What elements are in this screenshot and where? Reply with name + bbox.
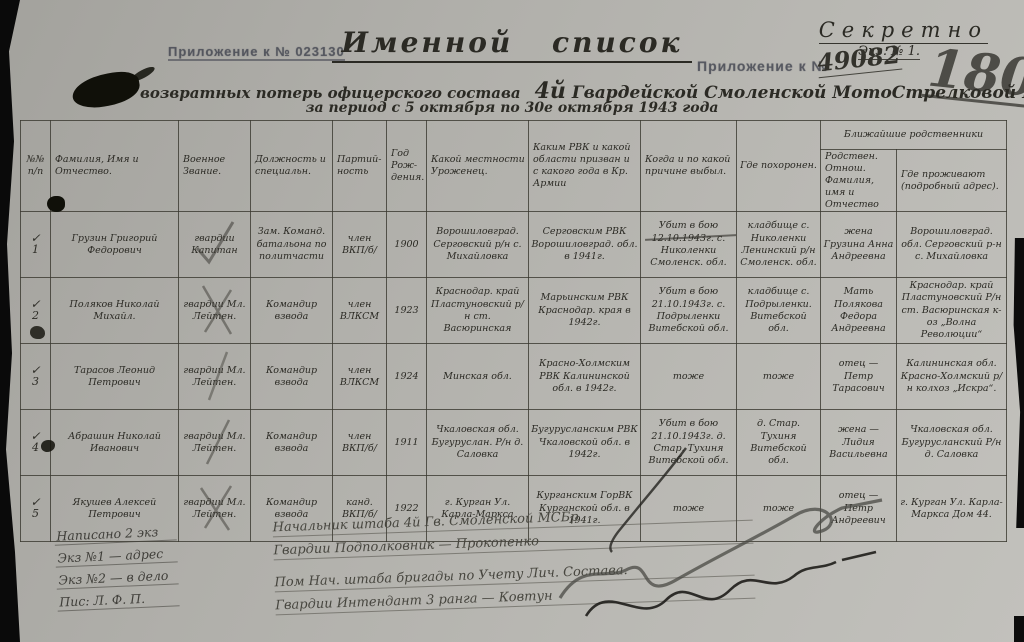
signature-block: Начальник штаба 4й Гв. Смоленской МСБр Г… — [272, 504, 755, 622]
col-header-num: №№ п/п — [21, 121, 51, 212]
table-row: ✓4 Абрашин Николай Иванович гвардии Мл. … — [21, 410, 1007, 476]
casualty-roster-table: №№ п/п Фамилия, Имя и Отчество. Военное … — [20, 120, 1007, 542]
cell-rank: гвардии Капитан — [179, 212, 251, 278]
cell-birth-year: 1924 — [387, 344, 427, 410]
cell-party: член ВЛКСМ — [333, 344, 387, 410]
cell-drafted: Марьинским РВК Краснодар. края в 1942г. — [529, 278, 641, 344]
cell-drafted: Бугурусланским РВК Чкаловской обл. в 194… — [529, 410, 641, 476]
cell-party: член ВЛКСМ — [333, 278, 387, 344]
col-header-party: Партий- ность — [333, 121, 387, 212]
col-header-name: Фамилия, Имя и Отчество. — [51, 121, 179, 212]
cell-buried: кладбище с. Подрыленки. Витебской обл. — [737, 278, 821, 344]
cell-relative: отец — Петр Тарасович — [821, 344, 897, 410]
cell-rank: гвардии Мл. Лейтен. — [179, 278, 251, 344]
row-number: 2 — [23, 309, 48, 323]
pencil-check-icon: ✓ — [23, 299, 48, 309]
col-header-relative: Родствен. Отнош. Фамилия, имя и Отчество — [821, 150, 897, 212]
cell-address: Чкаловская обл. Бугурусланский Р/н д. Са… — [897, 410, 1007, 476]
scan-edge-corner — [1014, 616, 1024, 642]
cell-position: Командир взвода — [251, 410, 333, 476]
col-header-relatives-group: Ближайшие родственники — [821, 121, 1007, 150]
cell-fate: Убит в бою 12.10.1943г. с. Николенки Смо… — [641, 212, 737, 278]
table-body: ✓1 Грузин Григорий Федорович гвардии Кап… — [21, 212, 1007, 542]
cell-name: Поляков Николай Михайл. — [51, 278, 179, 344]
col-header-birth-year: Год Рож- дения. — [387, 121, 427, 212]
cell-num: ✓3 — [21, 344, 51, 410]
copies-note-line: Пис: Л. Ф. П. — [57, 589, 180, 611]
scan-edge-right — [1011, 238, 1024, 528]
attachment-stamp-label: Приложение к № — [697, 58, 828, 74]
col-header-position: Должность и специальн. — [251, 121, 333, 212]
pencil-check-icon: ✓ — [23, 233, 48, 243]
scanned-document-page: Секретно Экз. № 1. Приложение к № 023130… — [0, 0, 1024, 642]
cell-buried: д. Стар. Тухиня Витебской обл. — [737, 410, 821, 476]
cell-num: ✓1 — [21, 212, 51, 278]
cell-rank: гвардии Мл. Лейтен. — [179, 476, 251, 542]
table-row: ✓2 Поляков Николай Михайл. гвардии Мл. Л… — [21, 278, 1007, 344]
col-header-drafted: Каким РВК и какой области призван и с ка… — [529, 121, 641, 212]
copies-note-line: Экз №2 — в дело — [56, 567, 179, 589]
col-header-fate: Когда и по какой причине выбыл. — [641, 121, 737, 212]
cell-buried: кладбище с. Николенки Ленинский р/н Смол… — [737, 212, 821, 278]
pencil-check-icon: ✓ — [23, 431, 48, 441]
table-row: ✓3 Тарасов Леонид Петрович гвардии Мл. Л… — [21, 344, 1007, 410]
col-header-origin: Какой местности Уроженец. — [427, 121, 529, 212]
cell-birth-year: 1900 — [387, 212, 427, 278]
table-header: №№ п/п Фамилия, Имя и Отчество. Военное … — [21, 121, 1007, 212]
subtitle-period: за период с 5 октября по 30е октября 194… — [0, 100, 1024, 116]
cell-address: г. Курган Ул. Карла-Маркса Дом 44. — [897, 476, 1007, 542]
cell-address: Ворошиловград. обл. Серговский р-н с. Ми… — [897, 212, 1007, 278]
cell-name: Абрашин Николай Иванович — [51, 410, 179, 476]
cell-birth-year: 1911 — [387, 410, 427, 476]
cell-party: член ВКП/б/ — [333, 212, 387, 278]
cell-drafted: Красно-Холмским РВК Калининской обл. в 1… — [529, 344, 641, 410]
cell-fate: тоже — [641, 344, 737, 410]
cell-relative: жена — Лидия Васильевна — [821, 410, 897, 476]
row-number: 1 — [23, 243, 48, 257]
cell-origin: Минская обл. — [427, 344, 529, 410]
document-title-text: Именной список — [332, 26, 693, 63]
pencil-check-icon: ✓ — [23, 365, 48, 375]
cell-rank: гвардии Мл. Лейтен. — [179, 344, 251, 410]
rank-text: гвардии Мл. Лейтен. — [183, 299, 245, 322]
cell-address: Калининская обл. Красно-Холмский р/н кол… — [897, 344, 1007, 410]
cell-birth-year: 1923 — [387, 278, 427, 344]
rank-text: гвардии Мл. Лейтен. — [183, 431, 245, 454]
cell-drafted: Серговским РВК Ворошиловград. обл. в 194… — [529, 212, 641, 278]
cell-party: член ВКП/б/ — [333, 410, 387, 476]
table-row: ✓1 Грузин Григорий Федорович гвардии Кап… — [21, 212, 1007, 278]
cell-origin: Чкаловская обл. Бугуруслан. Р/н д. Салов… — [427, 410, 529, 476]
col-header-buried: Где похоронен. — [737, 121, 821, 212]
cell-fate: Убит в бою 21.10.1943г. с. Подрыленки Ви… — [641, 278, 737, 344]
fate-text: Убит в бою 12.10.1943г. с. Николенки Смо… — [650, 220, 726, 268]
cell-rank: гвардии Мл. Лейтен. — [179, 410, 251, 476]
cell-buried: тоже — [737, 344, 821, 410]
cell-fate: Убит в бою 21.10.1943г. д. Стар. Тухиня … — [641, 410, 737, 476]
row-number: 3 — [23, 375, 48, 389]
ink-blot — [30, 326, 45, 339]
ink-blot — [47, 196, 65, 212]
rank-text: гвардии Мл. Лейтен. — [183, 497, 245, 520]
cell-relative: жена Грузина Анна Андреевна — [821, 212, 897, 278]
scan-edge-left — [0, 0, 20, 642]
row-number: 5 — [23, 507, 48, 521]
cell-address: Краснодар. край Пластуновский Р/н ст. Ва… — [897, 278, 1007, 344]
cell-position: Зам. Команд. батальона по политчасти — [251, 212, 333, 278]
copies-note-block: Написано 2 экз Экз №1 — адрес Экз №2 — в… — [54, 523, 180, 616]
rank-text: гвардии Капитан — [191, 233, 237, 256]
cell-relative: Мать Полякова Федора Андреевна — [821, 278, 897, 344]
col-header-rank: Военное Звание. — [179, 121, 251, 212]
col-header-address: Где проживают (подробный адрес). — [897, 150, 1007, 212]
cell-position: Командир взвода — [251, 278, 333, 344]
cell-name: Тарасов Леонид Петрович — [51, 344, 179, 410]
cell-relative: отец — Петр Андреевич — [821, 476, 897, 542]
pencil-check-icon: ✓ — [23, 497, 48, 507]
cell-name: Грузин Григорий Федорович — [51, 212, 179, 278]
copies-note-line: Экз №1 — адрес — [55, 545, 178, 567]
rank-text: гвардии Мл. Лейтен. — [183, 365, 245, 388]
cell-position: Командир взвода — [251, 344, 333, 410]
cell-num: ✓5 — [21, 476, 51, 542]
cell-origin: Краснодар. край Пластуновский р/н ст. Ва… — [427, 278, 529, 344]
cell-origin: Ворошиловград. Серговский р/н с. Михайло… — [427, 212, 529, 278]
